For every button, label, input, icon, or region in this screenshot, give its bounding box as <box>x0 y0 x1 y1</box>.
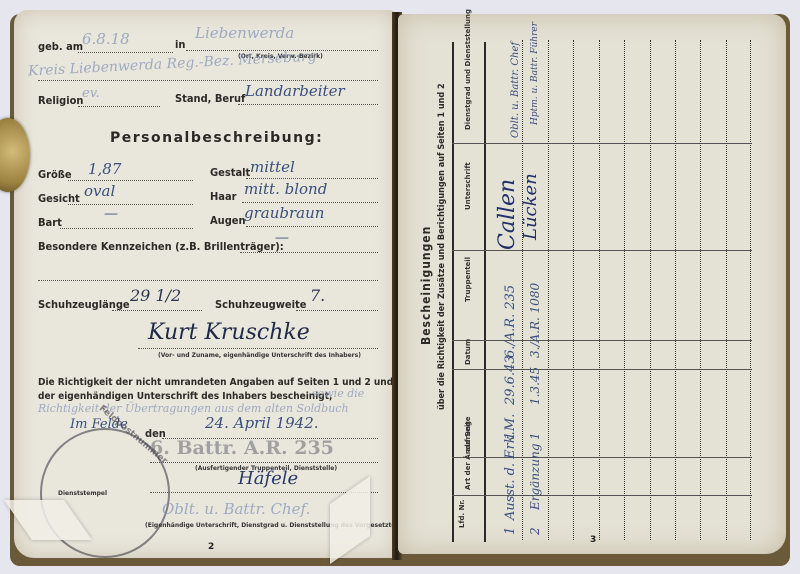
col-header-datum: Datum <box>464 339 472 365</box>
col-header-truppenteil: Truppenteil <box>464 257 472 302</box>
col-header-seite: auf Seite <box>464 417 472 452</box>
born-value: 6.8.18 <box>82 30 130 48</box>
table-border <box>452 42 454 542</box>
col-header-nr: Lfd. Nr. <box>458 499 466 528</box>
row1-nr: 1 <box>503 527 518 535</box>
shoe-width-value: 7. <box>310 286 325 305</box>
build-value: mittel <box>250 158 295 176</box>
in-label: in <box>175 38 185 51</box>
row2-art: Ergänzung <box>528 443 542 510</box>
date-value: 24. April 1942. <box>205 414 319 432</box>
build-label: Gestalt <box>210 166 250 179</box>
eyes-value: graubraun <box>244 204 324 222</box>
row1-datum: 29.6.43 <box>503 355 518 405</box>
seal-label: Dienststempel <box>58 490 107 497</box>
hair-label: Haar <box>210 190 237 203</box>
profession-value: Landarbeiter <box>245 82 345 100</box>
row1-truppenteil: 6./A.R. 235 <box>503 285 518 358</box>
col-header-dienstgrad: Dienstgrad und Dienststellung <box>464 9 472 130</box>
height-label: Größe <box>38 168 72 181</box>
page-number-right: 3 <box>590 535 596 545</box>
row1-dienstgrad: Oblt. u. Battr. Chef <box>510 42 521 138</box>
holder-signature: Kurt Kruschke <box>148 320 310 345</box>
height-value: 1,87 <box>88 160 121 178</box>
row2-signature: Lücken <box>520 173 541 240</box>
right-page-title: Bescheinigungen <box>419 226 433 345</box>
page-number-left: 2 <box>208 542 214 552</box>
birthplace-value: Liebenwerda <box>195 24 294 42</box>
face-value: oval <box>84 182 115 200</box>
shoe-width-label: Schuhzeugweite <box>215 298 306 311</box>
eyes-label: Augen <box>210 214 246 227</box>
col-header-unterschrift: Unterschrift <box>464 162 472 210</box>
beard-value: — <box>104 206 118 222</box>
profession-label: Stand, Beruf <box>175 92 245 105</box>
hair-value: mitt. blond <box>244 180 327 198</box>
unit-stamp: 6. Battr. A.R. 235 <box>150 437 334 459</box>
right-page <box>398 14 786 554</box>
row2-dienstgrad: Hptm. u. Battr. Führer <box>530 22 540 125</box>
row2-truppenteil: 3./A.R. 1080 <box>528 283 542 358</box>
born-label: geb. am <box>38 40 83 53</box>
certification-addition1: sowie die <box>312 387 364 400</box>
table-header-border <box>484 42 486 542</box>
row1-signature: Callen <box>495 179 520 250</box>
officer-signature: Häfele <box>238 468 298 489</box>
shoe-length-value: 29 1/2 <box>130 286 181 305</box>
right-page-subtitle: über die Richtigkeit der Zusätze und Ber… <box>437 83 447 410</box>
row1-art: Ausst. d. Erk.M. <box>503 414 518 520</box>
religion-value: ev. <box>82 86 100 101</box>
beard-label: Bart <box>38 216 62 229</box>
row2-nr: 2 <box>528 527 542 535</box>
certification-text-line2: der eigenhändigen Unterschrift des Inhab… <box>38 391 332 402</box>
row2-datum: 1.3.45 <box>528 367 542 405</box>
signature-note: (Vor- und Zuname, eigenhändige Unterschr… <box>158 352 361 359</box>
religion-label: Religion <box>38 94 83 107</box>
marks-value: — <box>275 230 289 246</box>
row1-seite: 1 <box>503 432 518 440</box>
officer-rank: Oblt. u. Battr. Chef. <box>162 500 310 518</box>
section-title-personal-description: Personalbeschreibung: <box>110 130 323 146</box>
row2-seite: 1 <box>528 432 542 440</box>
